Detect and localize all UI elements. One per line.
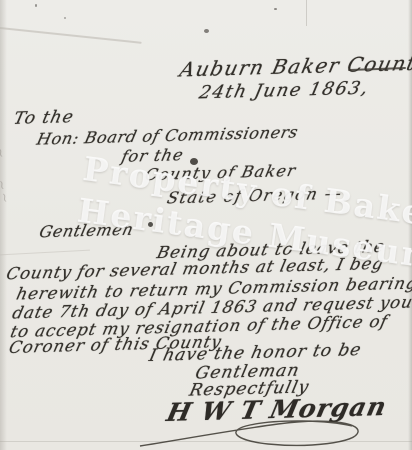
ink-blot bbox=[148, 222, 153, 227]
ink-speck bbox=[64, 17, 66, 19]
closing-honor: I have the honor to be bbox=[150, 343, 361, 363]
scanned-letter-page: ~~ ~~ Auburn Baker County 24th June 1863… bbox=[0, 0, 412, 450]
ink-speck bbox=[274, 8, 277, 10]
address-state: State of Oregon — bbox=[168, 186, 342, 205]
ink-speck bbox=[35, 4, 37, 7]
ink-speck bbox=[204, 29, 209, 33]
ink-bleedthrough: ~~ bbox=[0, 133, 9, 161]
salutation: Gentlemen bbox=[40, 221, 133, 240]
address-board: Hon: Board of Commissioners bbox=[38, 126, 297, 145]
signature-flourish bbox=[138, 402, 368, 450]
paper-fold-line bbox=[306, 0, 307, 26]
dateline-date: 24th June 1863, bbox=[200, 80, 368, 101]
address-to: To the bbox=[14, 108, 74, 128]
paper-crease-top bbox=[0, 26, 142, 44]
address-county: County of Baker bbox=[146, 163, 296, 182]
dateline-place: Auburn Baker County bbox=[181, 54, 412, 78]
ink-bleedthrough: ~~ bbox=[0, 178, 13, 206]
paper-edge-left bbox=[0, 0, 7, 450]
paper-crease-middle bbox=[0, 250, 90, 256]
